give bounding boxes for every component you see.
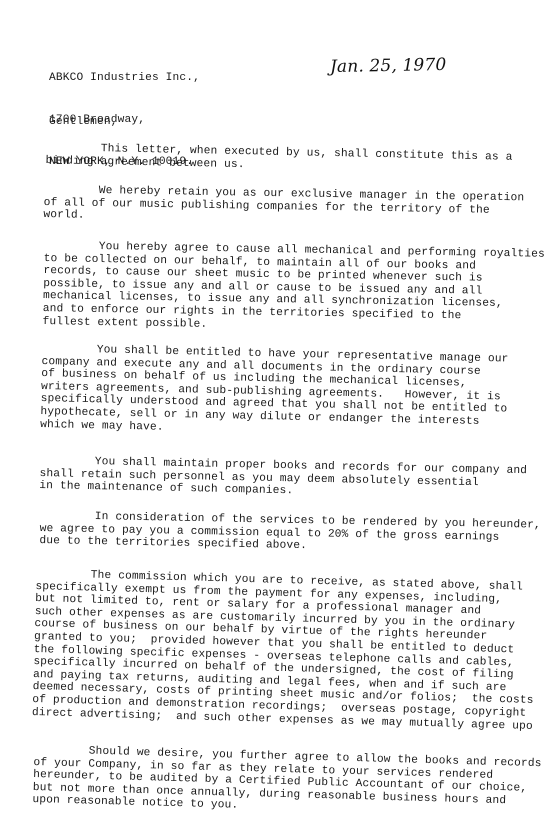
address-line-company: ABKCO Industries Inc., — [49, 71, 200, 85]
paragraph: Should we desire, you further agree to a… — [32, 744, 532, 821]
paragraph: You shall maintain proper books and reco… — [39, 455, 538, 503]
paragraph: You shall be entitled to have your repre… — [40, 343, 540, 442]
paragraph: In consideration of the services to be r… — [39, 510, 538, 557]
salutation: Gentlemen, — [49, 116, 118, 128]
handwritten-date: Jan. 25, 1970 — [330, 55, 447, 77]
paragraph: You hereby agree to cause all mechanical… — [42, 240, 541, 337]
paragraph: The commission which you are to receive,… — [32, 568, 534, 733]
letter-page: ABKCO Industries Inc., 1700 Broadway, NE… — [0, 0, 544, 822]
paragraph: We hereby retain you as our exclusive ma… — [43, 184, 542, 230]
